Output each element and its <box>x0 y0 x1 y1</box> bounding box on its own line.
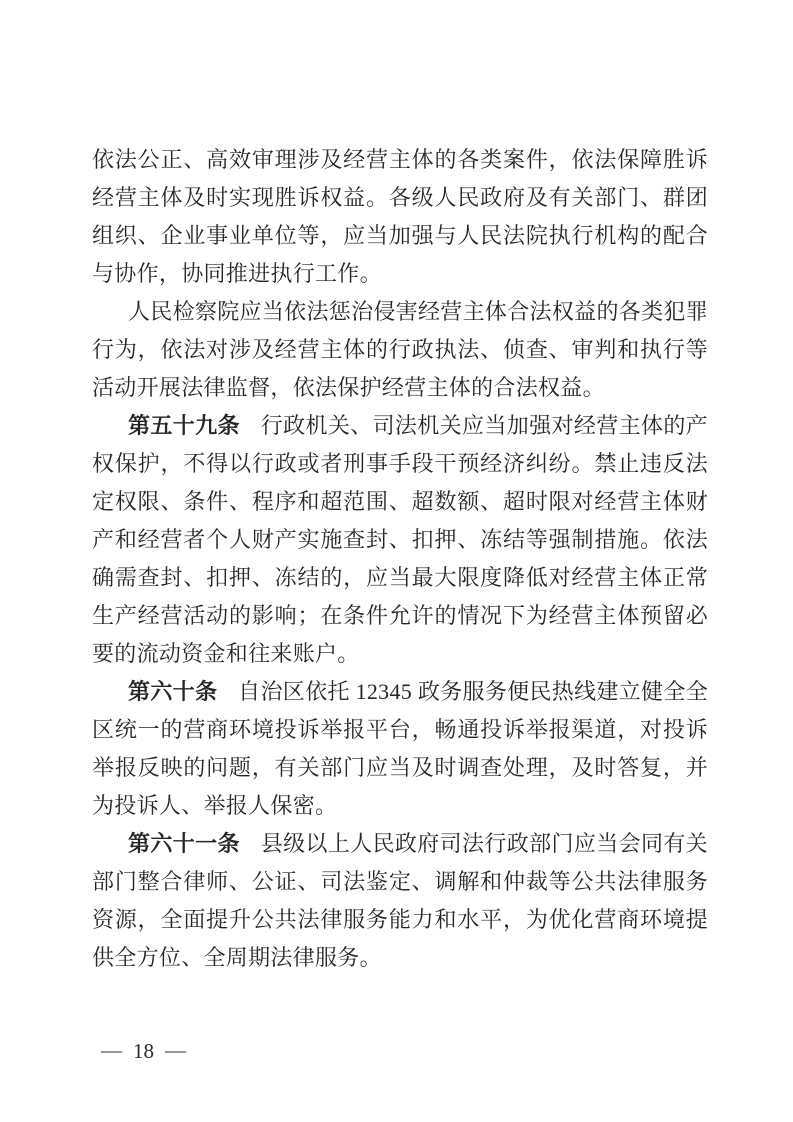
paragraph-procuratorate: 人民检察院应当依法惩治侵害经营主体合法权益的各类犯罪行为，依法对涉及经营主体的行… <box>92 293 708 407</box>
article-60-number: 第六十条 <box>128 679 217 704</box>
document-page: 依法公正、高效审理涉及经营主体的各类案件，依法保障胜诉经营主体及时实现胜诉权益。… <box>0 0 793 1122</box>
paragraph-text: 依法公正、高效审理涉及经营主体的各类案件，依法保障胜诉经营主体及时实现胜诉权益。… <box>92 147 708 286</box>
document-body: 依法公正、高效审理涉及经营主体的各类案件，依法保障胜诉经营主体及时实现胜诉权益。… <box>92 141 708 977</box>
paragraph-text: 行政机关、司法机关应当加强对经营主体的产权保护，不得以行政或者刑事手段干预经济纠… <box>92 413 708 666</box>
footer-dash-left: — <box>101 1038 122 1063</box>
article-59-number: 第五十九条 <box>128 413 240 438</box>
paragraph-article-59: 第五十九条行政机关、司法机关应当加强对经营主体的产权保护，不得以行政或者刑事手段… <box>92 407 708 673</box>
page-footer: — 18 — <box>101 1039 186 1064</box>
footer-dash-right: — <box>165 1038 186 1063</box>
paragraph-continuation: 依法公正、高效审理涉及经营主体的各类案件，依法保障胜诉经营主体及时实现胜诉权益。… <box>92 141 708 293</box>
article-61-number: 第六十一条 <box>128 831 240 856</box>
page-number: 18 <box>133 1039 154 1064</box>
paragraph-text: 人民检察院应当依法惩治侵害经营主体合法权益的各类犯罪行为，依法对涉及经营主体的行… <box>92 299 708 400</box>
paragraph-article-60: 第六十条自治区依托 12345 政务服务便民热线建立健全全区统一的营商环境投诉举… <box>92 673 708 825</box>
paragraph-article-61: 第六十一条县级以上人民政府司法行政部门应当会同有关部门整合律师、公证、司法鉴定、… <box>92 825 708 977</box>
